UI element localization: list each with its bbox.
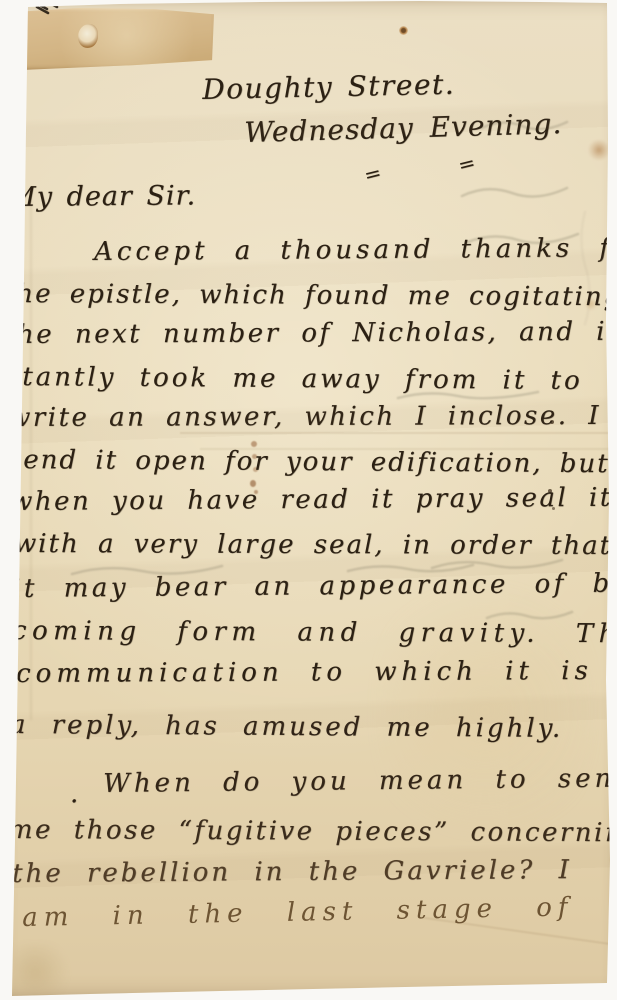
letter-body-line: a reply, has amused me highly. <box>10 712 563 742</box>
stain <box>380 560 590 860</box>
flourish-mark: = <box>362 162 383 185</box>
letter-body-line: it may bear an appearance of be- <box>12 570 617 602</box>
letter-body-line: Accept a thousand thanks for <box>94 235 617 265</box>
letter-scan: Doughty Street. Wednesday Evening. = = M… <box>0 0 617 1000</box>
letter-body-line: the epistle, which found me cogitating <box>4 281 617 310</box>
letter-body-line: with a very large seal, in order that <box>14 531 612 559</box>
edge-ink-smudge <box>12 556 17 560</box>
letter-body-line: the next number of Nicholas, and in- <box>4 319 617 348</box>
letter-body-line: coming form and gravity. The <box>12 618 617 647</box>
edge-ink-smudge <box>10 589 14 593</box>
letter-body-line: send it open for your edification, but <box>8 447 610 477</box>
letter-address-line: Doughty Street. <box>202 71 455 104</box>
letter-body-line: am in the last stage of <box>22 894 574 931</box>
edge-ink-smudge <box>5 603 8 606</box>
letter-paper-sheet: Doughty Street. Wednesday Evening. = = M… <box>0 0 617 1000</box>
edge-ink-smudge <box>1 571 8 580</box>
mounting-tape-strip <box>20 8 214 70</box>
letter-body-line: communication to which it is <box>16 658 593 687</box>
letter-salutation: My dear Sir. <box>8 182 196 211</box>
pinhole <box>399 26 408 35</box>
letter-date-line: Wednesday Evening. <box>244 110 563 147</box>
stray-period-mark: . <box>70 781 78 807</box>
letter-body-line: me those “fugitive pieces” concerning <box>8 817 617 846</box>
stain <box>588 140 610 160</box>
letter-body-line: write an answer, which I inclose. I <box>8 403 601 431</box>
stain <box>0 944 70 1000</box>
tape-hole <box>78 24 98 48</box>
letter-body-line: When do you mean to send <box>103 765 617 797</box>
letter-body-line: when you have read it pray seal it <box>10 485 613 515</box>
crease-line <box>180 432 610 434</box>
letter-body-line: stantly took me away from it to <box>6 364 583 394</box>
edge-ink-smudge <box>1 537 13 550</box>
flourish-mark: = <box>456 152 477 175</box>
letter-body-line: the rebellion in the Gavriele? I <box>12 857 572 887</box>
